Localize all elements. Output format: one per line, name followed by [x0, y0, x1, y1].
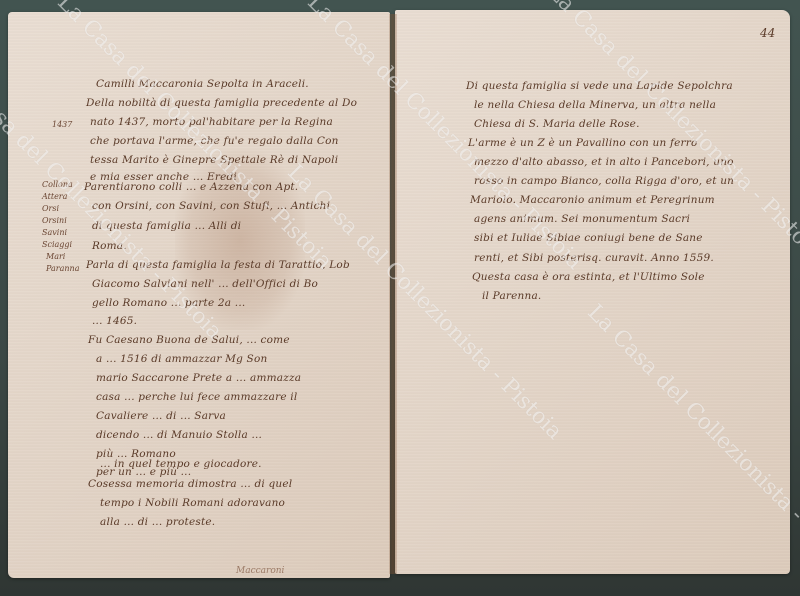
- manuscript-line: Di questa famiglia si vede una Lapide Se…: [466, 80, 733, 92]
- manuscript-line: mezzo d'alto abasso, et in alto i Panceb…: [474, 156, 734, 168]
- manuscript-line: Parentiarono colli ... e Azzena con Apt.: [84, 181, 298, 193]
- manuscript-line: con Orsini, con Savini, con Stufi, ... A…: [92, 200, 330, 212]
- manuscript-line: di questa famiglia ... Alli di: [92, 220, 241, 232]
- manuscript-line: Cavaliere ... di ... Sarva: [96, 410, 226, 422]
- manuscript-line: Camilli Maccaronia Sepolta in Araceli.: [96, 78, 309, 90]
- manuscript-line: Roma.: [92, 240, 127, 252]
- manuscript-line: renti, et Sibi posterisq. curavit. Anno …: [474, 252, 714, 264]
- manuscript-line: Della nobiltà di questa famiglia precede…: [86, 97, 357, 109]
- manuscript-line: Giacomo Salviani nell' ... dell'Offici d…: [92, 278, 318, 290]
- manuscript-line: a ... 1516 di ammazzar Mg Son: [96, 353, 267, 365]
- manuscript-line: Cosessa memoria dimostra ... di quel: [88, 478, 292, 490]
- manuscript-line: ... in quel tempo e giocadore.: [100, 458, 262, 470]
- manuscript-line: il Parenna.: [482, 290, 541, 302]
- manuscript-line: Parla di questa famiglia la festa di Tar…: [86, 259, 350, 271]
- margin-note: Attera: [42, 192, 67, 201]
- manuscript-line: mario Saccarone Prete a ... ammazza: [96, 372, 301, 384]
- right-manuscript-page: [395, 10, 790, 574]
- margin-note: Paranna: [46, 264, 79, 273]
- manuscript-line: nato 1437, morto pal'habitare per la Reg…: [90, 116, 333, 128]
- manuscript-line: Chiesa di S. Maria delle Rose.: [474, 118, 640, 130]
- manuscript-line: gello Romano ... parte 2a ...: [92, 297, 245, 309]
- manuscript-line: dicendo ... di Manuio Stolla ...: [96, 429, 262, 441]
- margin-note: Savini: [42, 228, 67, 237]
- collector-stamp: Maccaroni: [236, 566, 284, 576]
- manuscript-line: Fu Caesano Buona de Salui, ... come: [88, 334, 290, 346]
- manuscript-line: tessa Marito è Ginepre Spettale Rè di Na…: [90, 154, 338, 166]
- margin-note: Mari: [46, 252, 65, 261]
- margin-note: Collona: [42, 180, 73, 189]
- manuscript-line: Questa casa è ora estinta, et l'Ultimo S…: [472, 271, 705, 283]
- margin-note: Sciaggi: [42, 240, 72, 249]
- manuscript-line: casa ... perche lui fece ammazzare il: [96, 391, 297, 403]
- manuscript-line: alla ... di ... proteste.: [100, 516, 215, 528]
- folio-number: 44: [760, 26, 775, 40]
- book-gutter: [389, 14, 397, 574]
- manuscript-line: le nella Chiesa della Minerva, un altra …: [474, 99, 716, 111]
- margin-note: Orsi: [42, 204, 59, 213]
- manuscript-line: tempo i Nobili Romani adoravano: [100, 497, 285, 509]
- manuscript-line: L'arme è un Z è un Pavallino con un ferr…: [468, 137, 697, 149]
- manuscript-line: ... 1465.: [92, 315, 137, 327]
- manuscript-line: che portava l'arme, che fu'e regalo dall…: [90, 135, 339, 147]
- manuscript-line: sibi et Iuliae Sibiae coniugi bene de Sa…: [474, 232, 703, 244]
- margin-note: Orsini: [42, 216, 67, 225]
- manuscript-line: rosso in campo Bianco, colla Rigga d'oro…: [474, 175, 734, 187]
- manuscript-line: Mariolo. Maccaronio animum et Peregrinum: [470, 194, 715, 206]
- manuscript-line: agens animum. Sei monumentum Sacri: [474, 213, 690, 225]
- margin-note: 1437: [52, 120, 72, 129]
